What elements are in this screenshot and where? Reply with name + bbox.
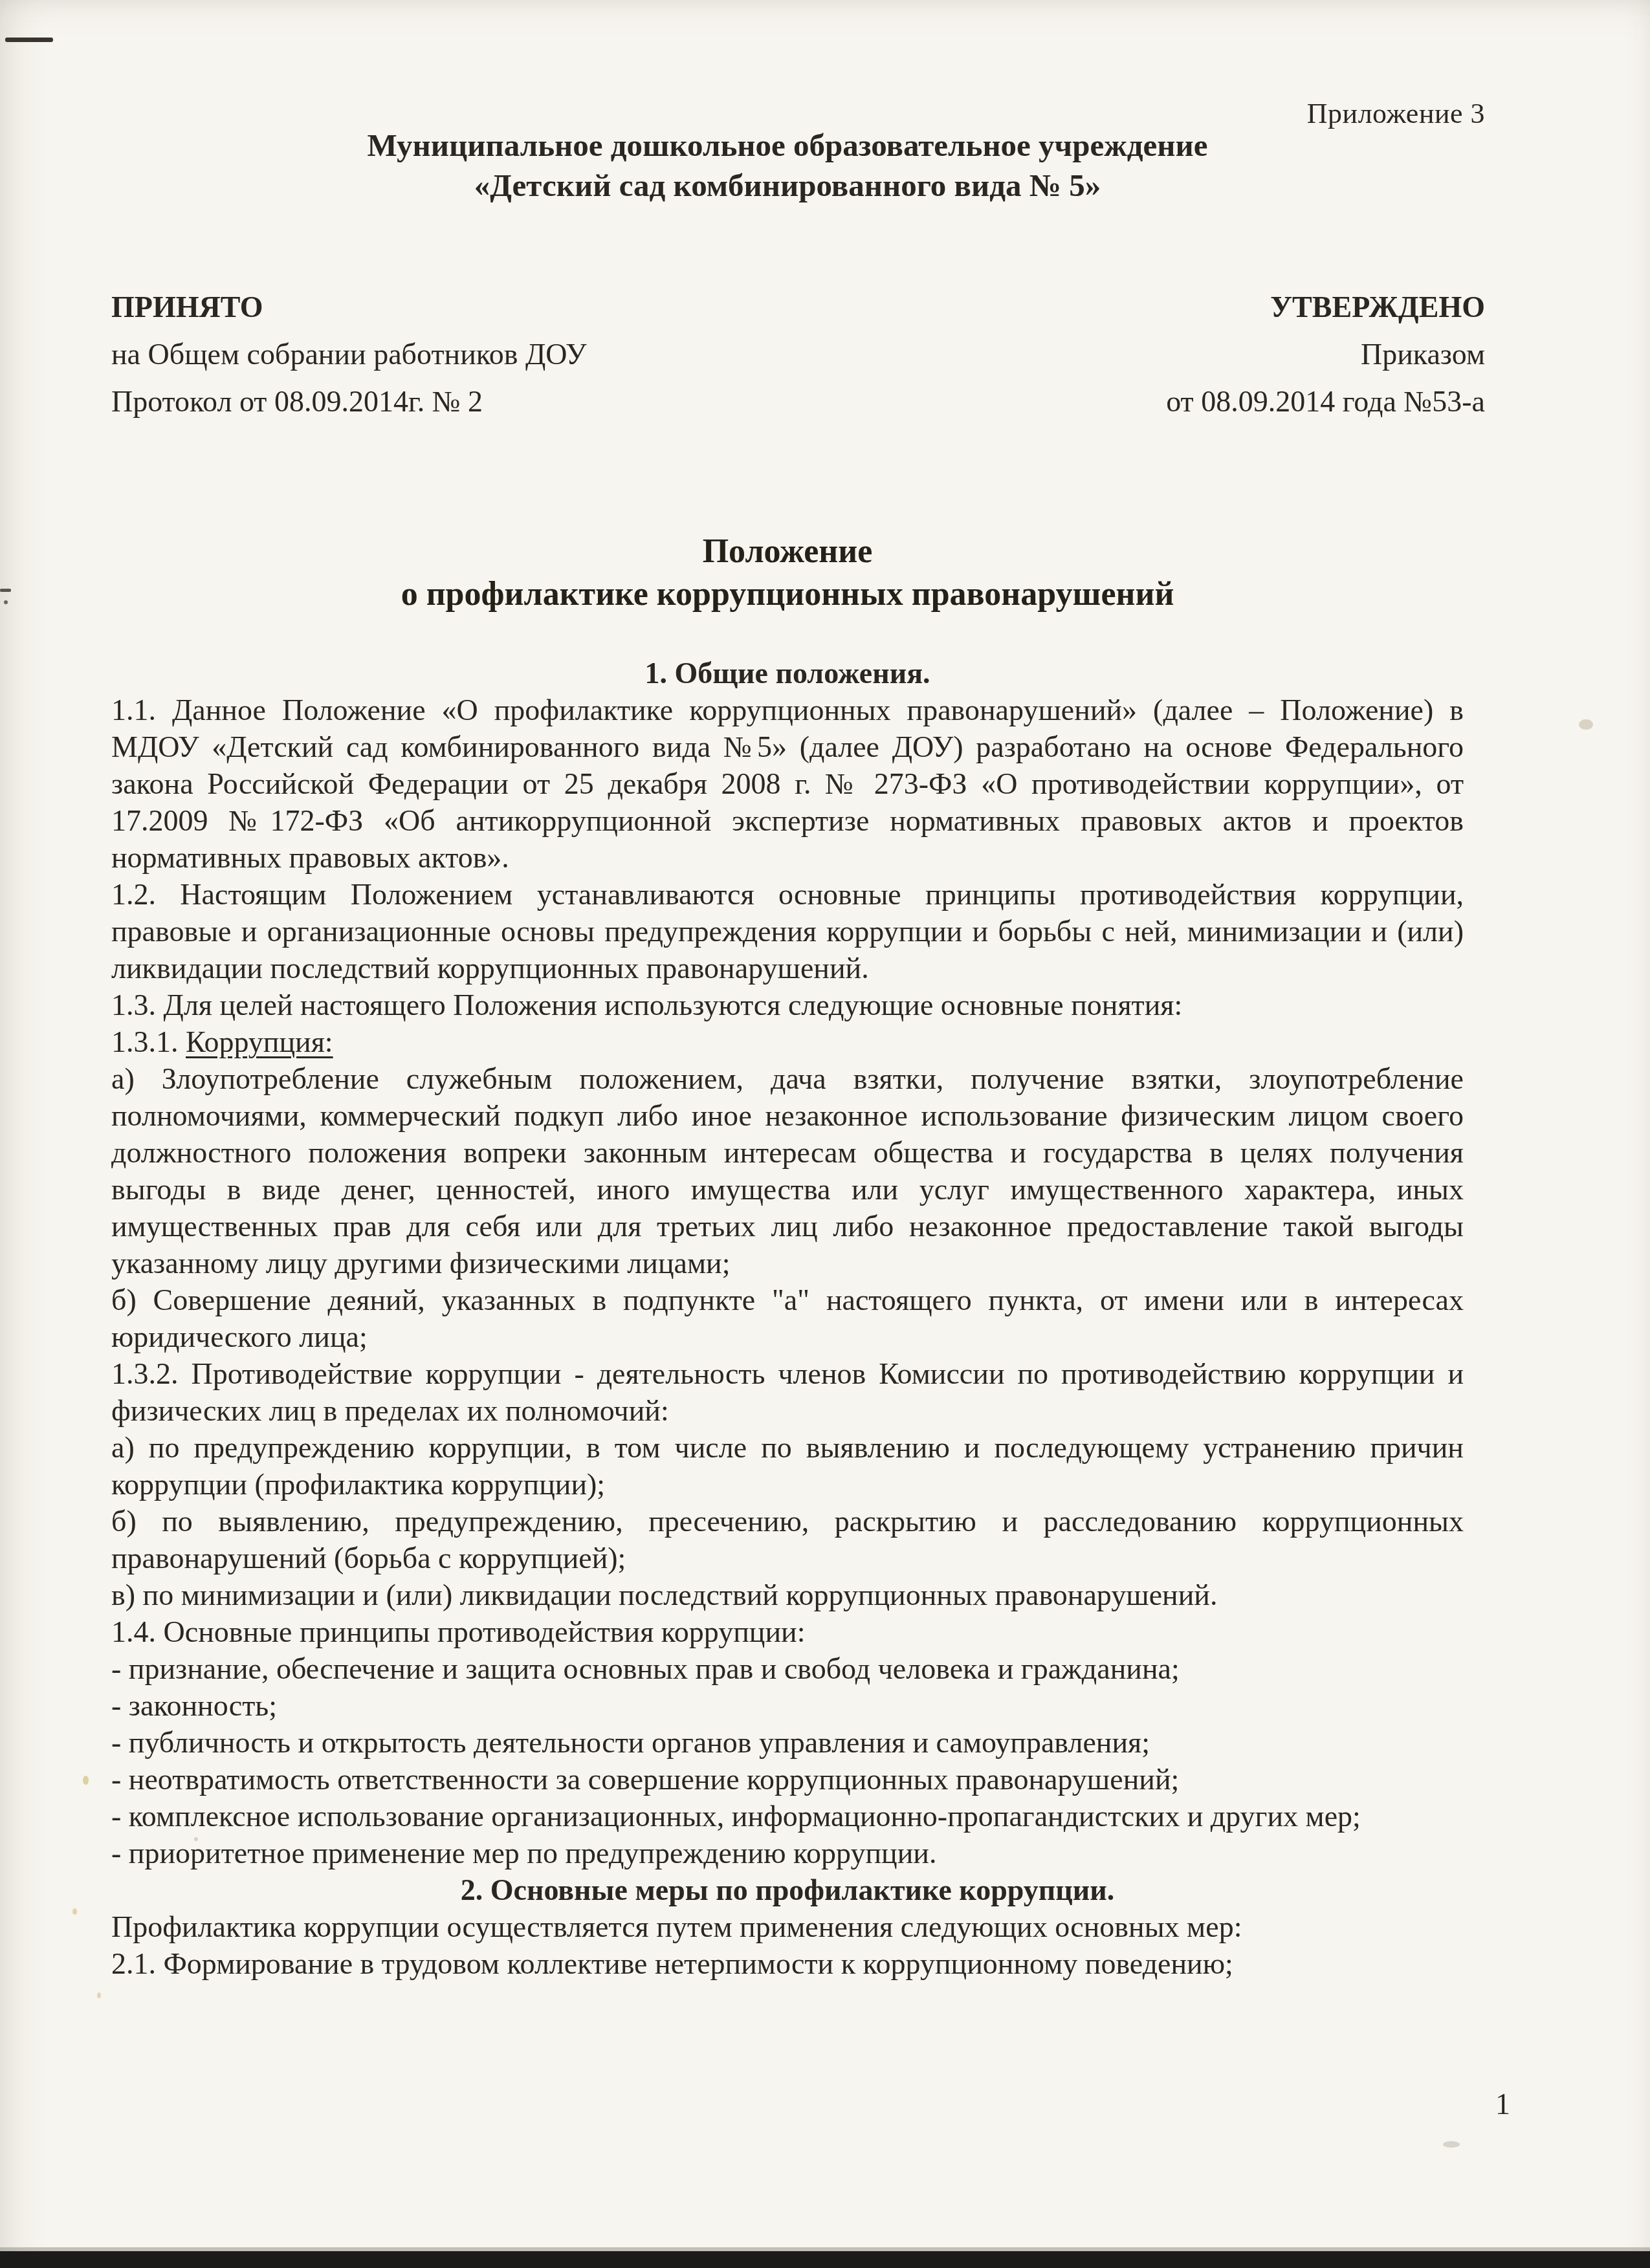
principle-item-3: - публичность и открытость деятельности … [111, 1724, 1464, 1761]
scan-artifact-dash-left-mid [0, 589, 11, 592]
scan-speck [83, 1776, 89, 1785]
scan-bottom-edge [0, 2251, 1650, 2268]
paragraph-1-3: 1.3. Для целей настоящего Положения испо… [111, 987, 1464, 1023]
accepted-block: ПРИНЯТО на Общем собрании работников ДОУ… [111, 283, 587, 425]
organization-header: Муниципальное дошкольное образовательное… [111, 125, 1464, 206]
scan-artifact-dash-top-left [5, 38, 53, 42]
accepted-title: ПРИНЯТО [111, 283, 587, 331]
paragraph-1-3-1-b: б) Совершение деяний, указанных в подпун… [111, 1281, 1464, 1355]
scan-artifact-dot [4, 600, 8, 604]
paragraph-1-3-1-number: 1.3.1. [111, 1025, 186, 1058]
approval-row: ПРИНЯТО на Общем собрании работников ДОУ… [111, 283, 1485, 425]
approved-title: УТВЕРЖДЕНО [1166, 283, 1485, 331]
principle-item-1: - признание, обеспечение и защита основн… [111, 1650, 1464, 1687]
accepted-line1: на Общем собрании работников ДОУ [111, 331, 587, 378]
section-2-heading: 2. Основные меры по профилактике коррупц… [111, 1871, 1464, 1908]
document-title: Положение о профилактике коррупционных п… [111, 530, 1464, 616]
approved-line2: от 08.09.2014 года №53-а [1166, 378, 1485, 425]
principle-item-5: - комплексное использование организацион… [111, 1798, 1464, 1835]
paragraph-2-intro: Профилактика коррупции осуществляется пу… [111, 1908, 1464, 1945]
paragraph-2-1: 2.1. Формирование в трудовом коллективе … [111, 1945, 1464, 1982]
scan-speck [72, 1908, 77, 1915]
paragraph-1-4: 1.4. Основные принципы противодействия к… [111, 1613, 1464, 1650]
organization-name-line1: Муниципальное дошкольное образовательное… [111, 125, 1464, 166]
paragraph-1-3-2-b: б) по выявлению, предупреждению, пресече… [111, 1503, 1464, 1576]
approved-block: УТВЕРЖДЕНО Приказом от 08.09.2014 года №… [1166, 283, 1485, 425]
document-title-line2: о профилактике коррупционных правонаруше… [111, 573, 1464, 616]
approved-line1: Приказом [1166, 331, 1485, 378]
principle-item-6: - приоритетное применение мер по предупр… [111, 1835, 1464, 1871]
principle-item-2: - законность; [111, 1687, 1464, 1724]
paragraph-1-3-1-term: Коррупция: [186, 1025, 333, 1058]
paragraph-1-3-2-a: а) по предупреждению коррупции, в том чи… [111, 1429, 1464, 1503]
paragraph-1-3-2: 1.3.2. Противодействие коррупции - деяте… [111, 1355, 1464, 1429]
scan-smudge [1579, 719, 1593, 730]
principle-item-4: - неотвратимость ответственности за сове… [111, 1761, 1464, 1798]
paragraph-1-3-1: 1.3.1. Коррупция: [111, 1023, 1464, 1060]
scan-smudge [1443, 2141, 1460, 2148]
page-number: 1 [1495, 2087, 1510, 2121]
organization-name-line2: «Детский сад комбинированного вида № 5» [111, 166, 1464, 206]
paragraph-1-1: 1.1. Данное Положение «О профилактике ко… [111, 692, 1464, 876]
document-title-line1: Положение [111, 530, 1464, 573]
accepted-line2: Протокол от 08.09.2014г. № 2 [111, 378, 587, 425]
scanned-document-page: Приложение 3 Муниципальное дошкольное об… [0, 0, 1650, 2268]
scan-speck [97, 1992, 101, 1998]
paragraph-1-3-1-a: а) Злоупотребление служебным положением,… [111, 1060, 1464, 1281]
paragraph-1-2: 1.2. Настоящим Положением устанавливаютс… [111, 876, 1464, 987]
document-body: 1. Общие положения. 1.1. Данное Положени… [111, 655, 1464, 1982]
paragraph-1-3-2-v: в) по минимизации и (или) ликвидации пос… [111, 1576, 1464, 1613]
section-1-heading: 1. Общие положения. [111, 655, 1464, 692]
